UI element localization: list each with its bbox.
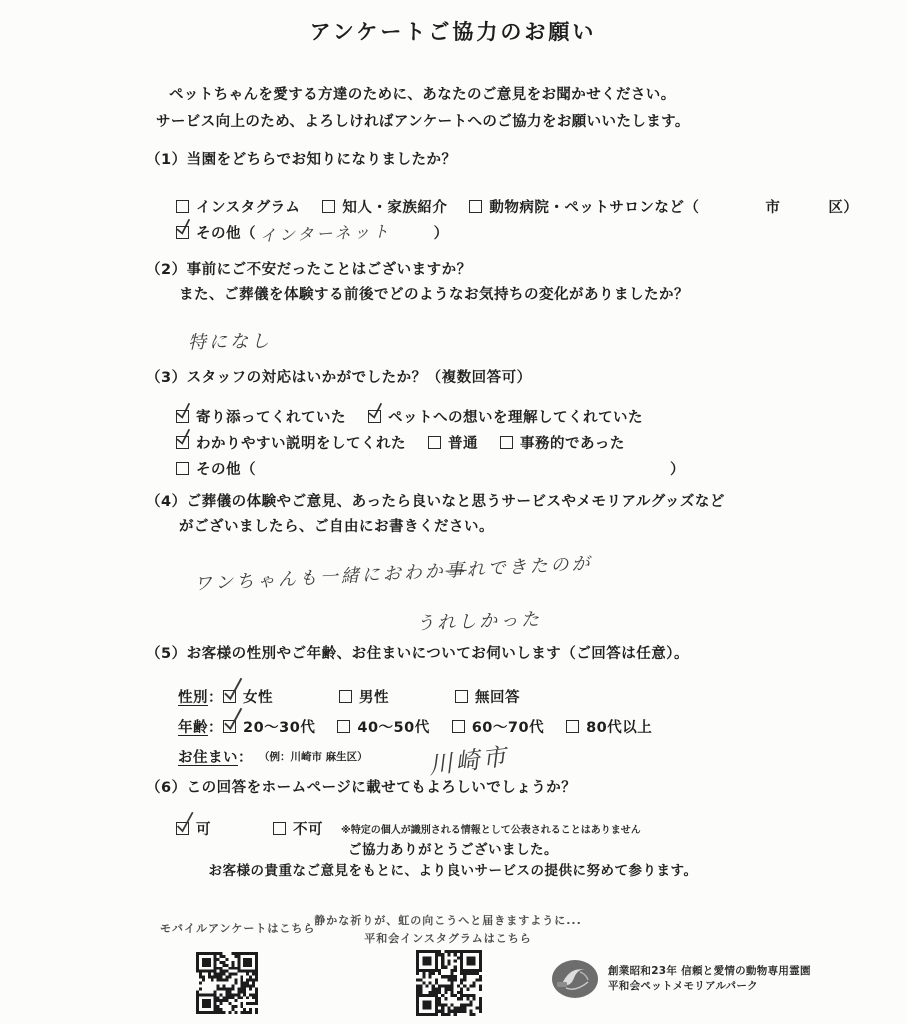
checkbox-no-answer[interactable]: 無回答: [455, 686, 520, 707]
checkbox-businesslike[interactable]: 事務的であった: [500, 432, 625, 453]
checkbox-label: わかりやすい説明をしてくれた: [196, 432, 406, 453]
checkbox-box: [368, 410, 381, 423]
checkbox-box: [176, 200, 189, 213]
question-4: （4）ご葬儀の体験やご意見、あったら良いなと思うサービスやメモリアルグッズなど …: [146, 490, 725, 630]
intro-line-2: サービス向上のため、よろしければアンケートへのご協力をお願いいたします。: [156, 109, 690, 136]
checkbox-supportive[interactable]: 寄り添ってくれていた: [176, 406, 346, 427]
other-close-paren: ）: [434, 222, 449, 243]
question-1-heading: （1）当園をどちらでお知りになりましたか？: [146, 148, 858, 173]
checkbox-staff-other[interactable]: その他（: [176, 458, 256, 479]
age-label: 年齢: [178, 716, 208, 737]
instagram-label: 静かな祈りが、虹の向こうへと届きますように... 平和会インスタグラムはこちら: [308, 912, 588, 948]
question-1-options-row-2: その他（ インターネット ）: [176, 219, 858, 245]
heiwakai-logo-icon: [550, 958, 600, 1000]
q4-answer-part-2: れできたのが: [466, 553, 593, 581]
check-icon: [365, 401, 386, 422]
question-5: （5）お客様の性別やご年齢、お住まいについてお伺いします（ご回答は任意）。 性別…: [146, 642, 689, 771]
checkbox-instagram[interactable]: インスタグラム: [176, 196, 300, 217]
checkbox-box: [339, 690, 352, 703]
checkbox-label: その他（: [196, 458, 256, 479]
checkbox-label: 知人・家族紹介: [342, 196, 447, 217]
vet-city-placeholder: 市: [765, 196, 780, 217]
checkbox-label: 40～50代: [357, 716, 429, 737]
closing-line-1: ご協力ありがとうございました。: [0, 840, 906, 861]
staff-other-close-paren: ）: [670, 458, 685, 479]
checkbox-label: 20～30代: [243, 716, 315, 737]
checkbox-label: 動物病院・ペットサロンなど（: [489, 196, 699, 217]
instagram-qr-code: [416, 950, 482, 1016]
checkbox-understood-feelings[interactable]: ペットへの想いを理解してくれていた: [368, 406, 643, 427]
checkbox-label: 不可: [293, 818, 323, 839]
checkbox-box: [176, 822, 189, 835]
checkbox-publish-no[interactable]: 不可: [273, 818, 323, 839]
checkbox-age-80-plus[interactable]: 80代以上: [566, 716, 652, 737]
checkbox-box: [469, 200, 482, 213]
question-1: （1）当園をどちらでお知りになりましたか？ インスタグラム 知人・家族紹介 動物…: [146, 148, 858, 245]
checkbox-box: [176, 226, 189, 239]
question-2: （2）事前にご不安だったことはございますか？ また、ご葬儀を体験する前後でどのよ…: [146, 258, 689, 350]
question-5-heading: （5）お客様の性別やご年齢、お住まいについてお伺いします（ご回答は任意）。: [146, 642, 689, 667]
gender-label: 性別: [178, 686, 208, 707]
checkbox-label: 60～70代: [472, 716, 544, 737]
checkbox-box: [176, 462, 189, 475]
brand-line-1: 創業昭和23年 信頼と愛情の動物専用霊園: [608, 964, 811, 979]
question-3-heading: （3）スタッフの対応はいかがでしたか？（複数回答可）: [146, 366, 685, 391]
checkbox-female[interactable]: 女性: [223, 686, 273, 707]
handwritten-residence: 川崎市: [426, 736, 511, 781]
checkbox-vet-salon[interactable]: 動物病院・ペットサロンなど（: [469, 196, 699, 217]
vet-ward-placeholder: 区）: [828, 196, 858, 217]
checkbox-box: [566, 720, 579, 733]
checkbox-box: [322, 200, 335, 213]
checkbox-label: インスタグラム: [196, 196, 300, 217]
survey-scan-page: アンケートご協力のお願い ペットちゃんを愛する方達のために、あなたのご意見をお聞…: [0, 0, 906, 1024]
checkbox-label: その他（: [196, 222, 256, 243]
checkbox-age-60-70[interactable]: 60～70代: [452, 716, 544, 737]
checkbox-label: 80代以上: [586, 716, 652, 737]
mobile-survey-qr-code: [196, 952, 258, 1014]
brand-text: 創業昭和23年 信頼と愛情の動物専用霊園 平和会ペットメモリアルパーク: [608, 964, 811, 994]
q4-answer-part-1: ワンちゃんも一緒におわか: [194, 561, 447, 595]
checkbox-age-40-50[interactable]: 40～50代: [337, 716, 429, 737]
checkbox-box: [452, 720, 465, 733]
question-4-heading-1: （4）ご葬儀の体験やご意見、あったら良いなと思うサービスやメモリアルグッズなど: [146, 490, 725, 515]
checkbox-normal[interactable]: 普通: [428, 432, 478, 453]
question-2-heading-1: （2）事前にご不安だったことはございますか？: [146, 258, 689, 283]
brand-line-2: 平和会ペットメモリアルパーク: [608, 979, 811, 994]
checkbox-label: 女性: [243, 686, 273, 707]
age-row: 年齢 ： 20～30代 40～50代 60～70代 80代以上: [178, 711, 689, 741]
checkbox-box: [176, 436, 189, 449]
checkbox-box: [428, 436, 441, 449]
instagram-line-2: 平和会インスタグラムはこちら: [308, 930, 588, 948]
question-1-options-row-1: インスタグラム 知人・家族紹介 動物病院・ペットサロンなど（ 市 区）: [176, 193, 858, 219]
checkbox-label: 寄り添ってくれていた: [196, 406, 346, 427]
checkbox-publish-ok[interactable]: 可: [176, 818, 211, 839]
handwritten-q4-answer-line-1: ワンちゃんも一緒におわか事れできたのが: [193, 542, 724, 596]
residence-row: お住まい ： （例：川崎市 麻生区） 川崎市: [178, 741, 689, 771]
check-icon: [173, 427, 194, 448]
checkbox-label: 無回答: [475, 686, 520, 707]
page-title: アンケートご協力のお願い: [0, 16, 906, 46]
question-3-options-row-2: わかりやすい説明をしてくれた 普通 事務的であった: [176, 429, 685, 455]
check-icon: [173, 217, 194, 238]
mobile-survey-label: モバイルアンケートはこちら: [160, 920, 315, 936]
intro-line-1: ペットちゃんを愛する方達のために、あなたのご意見をお聞かせください。: [156, 82, 690, 109]
question-3-options-row-1: 寄り添ってくれていた ペットへの想いを理解してくれていた: [176, 403, 685, 429]
checkbox-label: 可: [196, 818, 211, 839]
handwritten-q2-answer: 特になし: [188, 320, 689, 355]
q4-answer-struck-char: 事: [445, 560, 467, 582]
checkbox-box: [455, 690, 468, 703]
checkbox-other-source[interactable]: その他（: [176, 222, 256, 243]
question-4-heading-2: がございましたら、ご自由にお書きください。: [179, 515, 725, 540]
checkbox-label: 男性: [359, 686, 389, 707]
checkbox-box: [223, 690, 236, 703]
handwritten-other-source: インターネット: [260, 218, 392, 246]
checkbox-box: [176, 410, 189, 423]
check-icon: [220, 706, 246, 732]
residence-colon: ：: [238, 746, 253, 767]
question-6-heading: （6）この回答をホームページに載せてもよろしいでしょうか？: [146, 776, 641, 801]
checkbox-box: [273, 822, 286, 835]
checkbox-referral[interactable]: 知人・家族紹介: [322, 196, 447, 217]
question-3-options-row-3: その他（ ）: [176, 455, 685, 481]
publish-disclaimer: ※特定の個人が識別される情報として公表されることはありません: [341, 821, 641, 836]
question-6: （6）この回答をホームページに載せてもよろしいでしょうか？ 可 不可 ※特定の個…: [146, 776, 641, 841]
check-icon: [173, 401, 194, 422]
question-2-heading-2: また、ご葬儀を体験する前後でどのようなお気持ちの変化がありましたか？: [179, 283, 689, 308]
checkbox-box: [500, 436, 513, 449]
closing-line-2: お客様の貴重なご意見をもとに、より良いサービスの提供に努めて参ります。: [0, 861, 906, 882]
checkbox-label: 事務的であった: [520, 432, 625, 453]
question-3: （3）スタッフの対応はいかがでしたか？（複数回答可） 寄り添ってくれていた ペッ…: [146, 366, 685, 481]
checkbox-label: ペットへの想いを理解してくれていた: [388, 406, 643, 427]
publish-row: 可 不可 ※特定の個人が識別される情報として公表されることはありません: [176, 815, 641, 841]
instagram-line-1: 静かな祈りが、虹の向こうへと届きますように...: [308, 912, 588, 930]
residence-label: お住まい: [178, 746, 238, 767]
checkbox-box: [223, 720, 236, 733]
checkbox-clear-explanation[interactable]: わかりやすい説明をしてくれた: [176, 432, 406, 453]
residence-example: （例：川崎市 麻生区）: [259, 749, 368, 764]
checkbox-label: 普通: [448, 432, 478, 453]
checkbox-box: [337, 720, 350, 733]
closing-message: ご協力ありがとうございました。 お客様の貴重なご意見をもとに、より良いサービスの…: [0, 840, 906, 882]
intro-text: ペットちゃんを愛する方達のために、あなたのご意見をお聞かせください。 サービス向…: [156, 82, 690, 136]
company-brand: 創業昭和23年 信頼と愛情の動物専用霊園 平和会ペットメモリアルパーク: [550, 958, 811, 1000]
check-icon: [220, 676, 246, 702]
checkbox-male[interactable]: 男性: [339, 686, 389, 707]
checkbox-age-20-30[interactable]: 20～30代: [223, 716, 315, 737]
handwritten-q4-answer-line-2: うれしかった: [416, 599, 726, 636]
gender-row: 性別 ： 女性 男性 無回答: [178, 681, 689, 711]
check-icon: [173, 810, 197, 834]
